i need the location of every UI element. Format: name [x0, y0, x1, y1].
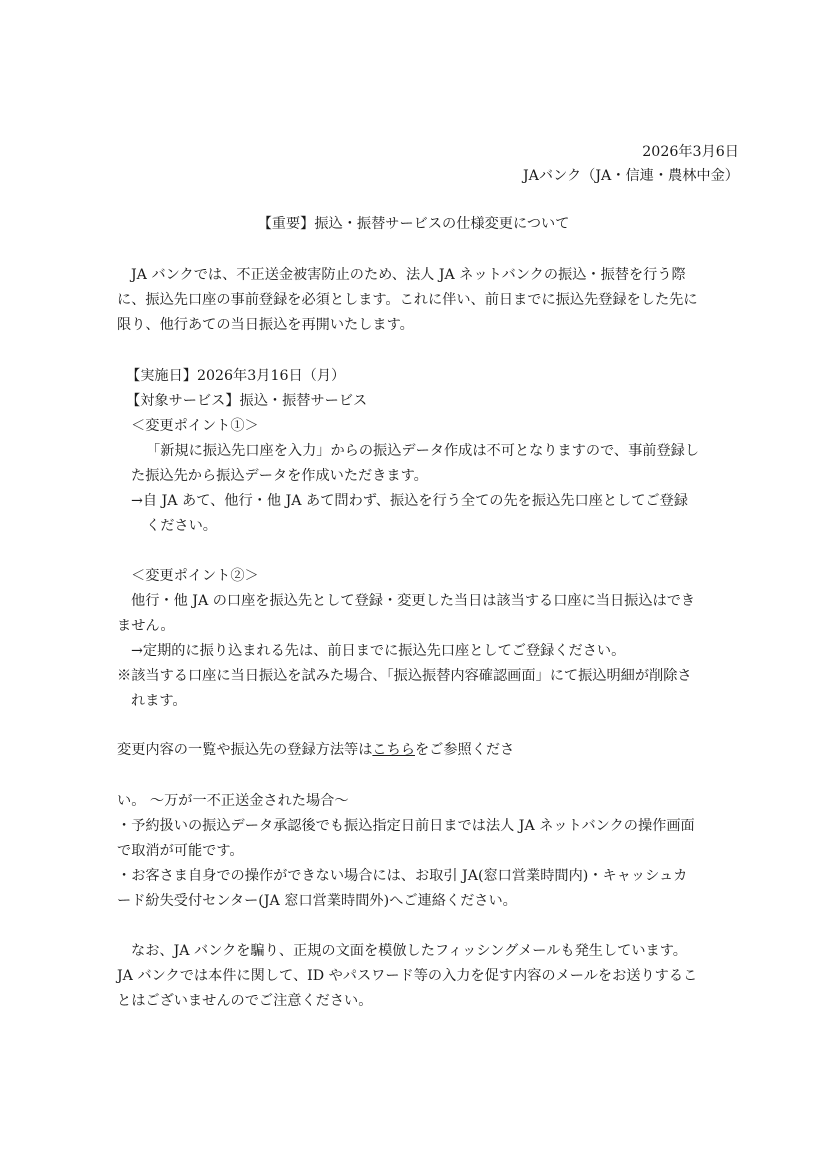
point2-line-5: れます。 [131, 691, 187, 711]
fraud-line-2: で取消が可能です。 [117, 841, 244, 861]
intro-line-1: JA バンクでは、不正送金被害防止のため、法人 JA ネットバンクの振込・振替を… [131, 265, 686, 285]
phishing-line-1: なお、JA バンクを騙り、正規の文面を模倣したフィッシングメールも発生しています… [131, 941, 687, 961]
target-service: 【対象サービス】振込・振替サービス [126, 391, 367, 411]
point1-line-1: 「新規に振込先口座を入力」からの振込データ作成は不可となりますので、事前登録し [146, 441, 699, 461]
sender-name: JAバンク（JA・信連・農林中金） [523, 166, 739, 186]
effective-date: 【実施日】2026年3月16日（月） [126, 366, 345, 386]
document-date: 2026年3月6日 [642, 142, 739, 162]
reference-link[interactable]: こちら [372, 742, 415, 758]
document-title: 【重要】振込・振替サービスの仕様変更について [0, 214, 827, 234]
point1-line-2: た振込先から振込データを作成いただきます。 [131, 466, 428, 486]
point2-line-4: ※該当する口座に当日振込を試みた場合、「振込振替内容確認画面」にて振込明細が削除… [117, 666, 692, 686]
intro-line-2: に、振込先口座の事前登録を必須とします。これに伴い、前日までに振込先登録をした先… [117, 290, 698, 310]
point2-line-1: 他行・他 JA の口座を振込先として登録・変更した当日は該当する口座に当日振込は… [131, 591, 695, 611]
point2-heading: ＜変更ポイント②＞ [131, 566, 259, 586]
phishing-line-2: JA バンクでは本件に関して、ID やパスワード等の入力を促す内容のメールをお送… [117, 966, 697, 986]
reference-line: 変更内容の一覧や振込先の登録方法等はこちらをご参照くださ [117, 740, 514, 760]
reference-prefix: 変更内容の一覧や振込先の登録方法等は [117, 742, 372, 758]
point1-line-4: ください。 [146, 516, 217, 536]
point1-line-3: →自 JA あて、他行・他 JA あて問わず、振込を行う全ての先を振込先口座とし… [131, 491, 688, 511]
phishing-line-3: とはございませんのでご注意ください。 [117, 991, 372, 1011]
intro-line-3: 限り、他行あての当日振込を再開いたします。 [117, 315, 414, 335]
fraud-line-4: ード紛失受付センター(JA 窓口営業時間外)へご連絡ください。 [117, 891, 517, 911]
point2-line-2: ません。 [117, 616, 175, 636]
fraud-line-1: ・予約扱いの振込データ承認後でも振込指定日前日までは法人 JA ネットバンクの操… [117, 816, 695, 836]
point2-line-3: →定期的に振り込まれる先は、前日までに振込先口座としてご登録ください。 [131, 641, 625, 661]
point1-heading: ＜変更ポイント①＞ [131, 416, 259, 436]
reference-continuation: い。 ～万が一不正送金された場合～ [117, 791, 349, 811]
reference-suffix: をご参照くださ [415, 742, 514, 758]
fraud-line-3: ・お客さま自身での操作ができない場合には、お取引 JA(窓口営業時間内)・キャッ… [117, 866, 687, 886]
